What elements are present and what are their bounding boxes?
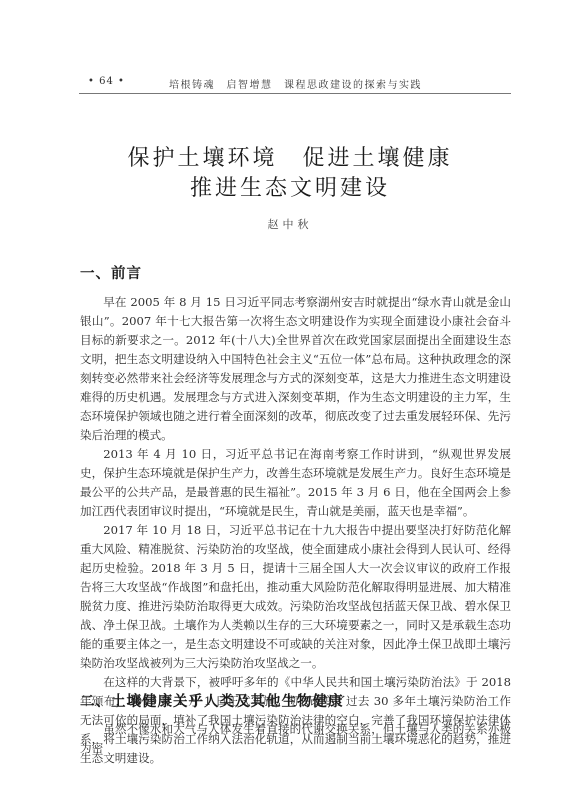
series-title: 培根铸魂 启智增慧 课程思政建设的探索与实践: [80, 76, 511, 91]
paragraph: 2013 年 4 月 10 日，习近平总书记在海南考察工作时讲到，“纵观世界发展…: [80, 445, 511, 521]
document-page: • 64 • 培根铸魂 启智增慧 课程思政建设的探索与实践 保护土壤环境 促进土…: [0, 0, 580, 800]
section-2-body: 虽然不像水和大气与人体发生着直接的代谢交换关系，但土壤与人类的关系亦极为密: [80, 720, 511, 758]
header-divider: [79, 93, 511, 94]
paragraph: 2017 年 10 月 18 日，习近平总书记在十九大报告中提出要坚决打好防范化…: [80, 521, 511, 673]
section-heading-1: 一、前言: [80, 262, 142, 283]
article-title-line-2: 推进生态文明建设: [0, 171, 580, 202]
author-name: 赵中秋: [0, 216, 580, 232]
running-header: • 64 • 培根铸魂 启智增慧 课程思政建设的探索与实践: [80, 74, 511, 92]
section-heading-2: 二、土壤健康关乎人类及其他生物健康: [80, 690, 344, 711]
paragraph: 虽然不像水和大气与人体发生着直接的代谢交换关系，但土壤与人类的关系亦极为密: [80, 720, 511, 758]
paragraph: 早在 2005 年 8 月 15 日习近平同志考察湖州安吉时就提出“绿水青山就是…: [80, 293, 511, 445]
article-title-line-1: 保护土壤环境 促进土壤健康: [0, 141, 580, 172]
